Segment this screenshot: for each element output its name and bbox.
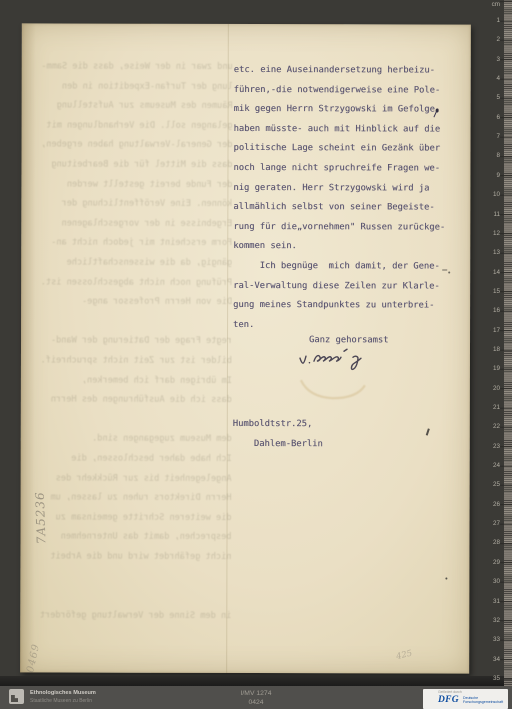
page-edge-shadow: [20, 23, 36, 672]
dfg-name-line2: Forschungsgemeinschaft: [463, 700, 503, 704]
dfg-logo: Gefördert durch DFG Deutsche Forschungsg…: [423, 689, 508, 709]
pencil-archive-number: 7A5236: [33, 491, 49, 544]
handwritten-signature: [297, 348, 377, 372]
ruler-number: 8: [496, 152, 500, 160]
ink-fleck: [435, 106, 440, 117]
pencil-number-right: 425: [395, 649, 413, 663]
ruler-number: 9: [496, 172, 500, 180]
ruler-number: 27: [493, 520, 500, 528]
bleed-through-line: Ergebnisse in der vorgeschlagenen: [36, 217, 232, 230]
cm-ruler: cm 1234567891011121314151617181920212223…: [486, 0, 512, 686]
bleed-through-line: dass die Mittel für die Bearbeitung: [36, 158, 232, 171]
bleed-through-line: und zwar in der Weise, dass die Samm-: [37, 60, 233, 73]
ruler-number: 23: [493, 443, 500, 451]
bleed-through-line: Angelegenheit bis zur Rückkehr des: [36, 472, 232, 485]
museum-logo-icon: [9, 689, 24, 704]
bleed-through-line: Form erscheint mir jedoch nicht an-: [36, 237, 232, 250]
bleed-through-line: der General-Verwaltung haben ergeben,: [37, 139, 233, 152]
ruler-number: 14: [493, 269, 500, 277]
ruler-number: 10: [493, 191, 500, 199]
bleed-through-line: dass ich die Ausführungen des Herrn: [36, 394, 232, 407]
ruler-number: 20: [493, 385, 500, 393]
bleed-through-line: Prüfung noch nicht abgeschlossen ist.: [36, 276, 232, 289]
footer-bar: Ethnologisches Museum Staatliche Museen …: [0, 686, 512, 709]
bleed-through-line: Die von Herrn Professor ange-: [36, 296, 232, 309]
ink-fleck: [426, 428, 430, 435]
ruler-number: 12: [493, 230, 500, 238]
bleed-through-line: nicht gefährdet wird und die Arbeit: [35, 550, 231, 563]
scan-viewer: und zwar in der Weise, dass die Samm-lun…: [0, 0, 512, 709]
ruler-number: 3: [496, 56, 500, 64]
scan-page-number: 0424: [196, 698, 316, 707]
letter-body-text: etc. eine Auseinandersetzung herbeizu- f…: [233, 61, 446, 336]
signature-stroke: [297, 348, 377, 372]
museum-credit: Ethnologisches Museum Staatliche Museen …: [30, 690, 96, 704]
ruler-number: 19: [493, 365, 500, 373]
dfg-funded-by-label: Gefördert durch: [438, 691, 508, 695]
bleed-through-line: regte Frage der Datierung der Wand-: [36, 335, 232, 348]
record-id: I/MV 1274: [196, 689, 316, 698]
bleed-through-line: Ich habe daher beschlossen, die: [36, 452, 232, 465]
bleed-through-line: dem Museum zugegangen sind.: [36, 433, 232, 446]
bleed-through-text: und zwar in der Weise, dass die Samm-lun…: [35, 60, 233, 661]
ruler-number: 1: [496, 17, 500, 25]
ink-fleck: [442, 269, 450, 275]
bleed-through-line: können. Eine Veröffentlichung der: [36, 198, 232, 211]
sender-address: Humboldtstr.25, Dahlem-Berlin: [233, 415, 323, 454]
scanned-letter-page: und zwar in der Weise, dass die Samm-lun…: [20, 23, 471, 673]
bleed-through-line: der Funde bereit gestellt werden: [36, 178, 232, 191]
ruler-number: 11: [493, 211, 500, 219]
ruler-number: 22: [493, 423, 500, 431]
bleed-through-line: bilder ist zur Zeit nicht spruchreif.: [36, 354, 232, 367]
ruler-number: 28: [493, 539, 500, 547]
ruler-number: 24: [493, 462, 500, 470]
ruler-unit-label: cm: [492, 1, 500, 8]
ruler-number: 33: [493, 636, 500, 644]
ruler-number: 32: [493, 617, 500, 625]
bleed-through-line: Im übrigen darf ich bemerken,: [36, 374, 232, 387]
ruler-number: 21: [493, 404, 500, 412]
ruler-number: 35: [493, 675, 500, 683]
ruler-number: 34: [493, 656, 500, 664]
bleed-through-line: gängig, da die wissenschaftliche: [36, 256, 232, 269]
record-reference: I/MV 1274 0424: [196, 689, 316, 707]
ruler-number: 17: [493, 327, 500, 335]
ruler-number: 7: [496, 133, 500, 141]
bleed-through-line: besprechen, damit das Unternehmen: [35, 531, 231, 544]
ruler-number: 30: [493, 578, 500, 586]
dfg-wordmark: DFG: [438, 695, 459, 705]
bleed-through-line: lung der Turfan-Expedition in den: [37, 80, 233, 93]
bleed-through-line: in dem Sinne der Verwaltung gefördert: [35, 609, 231, 622]
ruler-number: 31: [493, 598, 500, 606]
footer-divider-strip: [0, 676, 512, 686]
ruler-number: 6: [496, 114, 500, 122]
bleed-through-line: die weiteren Schritte gemeinsam zu: [36, 511, 232, 524]
ink-fleck: [445, 578, 447, 580]
ruler-number: 5: [496, 94, 500, 102]
ruler-number: 25: [493, 481, 500, 489]
ruler-number: 29: [493, 559, 500, 567]
ring-stain: [295, 370, 373, 409]
ruler-number: 2: [496, 36, 500, 44]
bleed-through-line: Räumen des Museums zur Aufstellung: [37, 100, 233, 113]
museum-name: Ethnologisches Museum: [30, 690, 96, 696]
ruler-number: 18: [493, 346, 500, 354]
ruler-number: 26: [493, 501, 500, 509]
ruler-number: 13: [493, 249, 500, 257]
ruler-number: 15: [493, 288, 500, 296]
museum-subtitle: Staatliche Museen zu Berlin: [30, 698, 96, 704]
bleed-through-line: Herrn Direktors ruhen zu lassen, um: [36, 492, 232, 505]
dfg-full-name: Deutsche Forschungsgemeinschaft: [463, 695, 503, 705]
ruler-number: 4: [496, 75, 500, 83]
bleed-through-line: gelangen soll. Die Verhandlungen mit: [37, 119, 233, 132]
ruler-cm-ticks: [500, 0, 512, 686]
ruler-number: 16: [493, 307, 500, 315]
